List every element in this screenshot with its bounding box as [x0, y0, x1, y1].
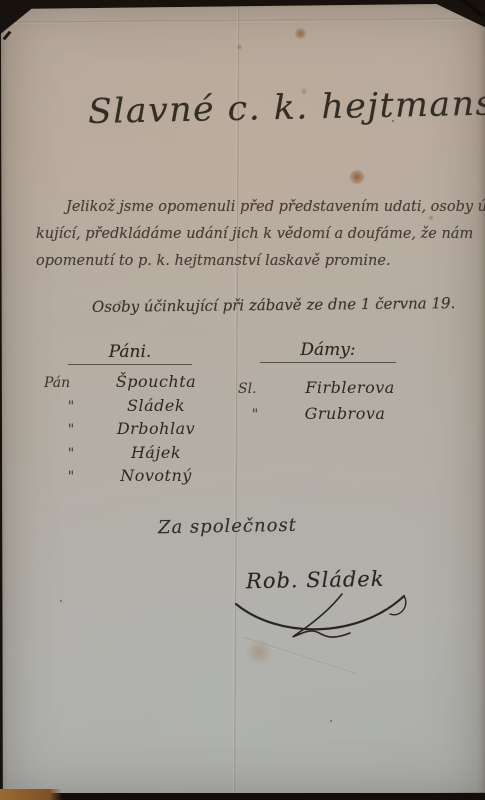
closing-phrase: Za společnost [158, 515, 297, 538]
person-name: Firblerova [282, 378, 418, 397]
foxing-stain [349, 170, 365, 184]
person-name: Novotný [88, 466, 224, 485]
person-name: Drbohlav [88, 419, 224, 438]
ditto-mark: " [44, 446, 88, 462]
ink-speck [330, 720, 332, 722]
women-column-header: Dámy: [260, 340, 396, 363]
ditto-mark: " [44, 422, 88, 438]
horizontal-crease [4, 18, 482, 23]
name-prefix: Pán [44, 375, 88, 391]
roster-row: " Hájek [44, 443, 224, 467]
letter-heading: Slavné c. k. hejtmanství! [88, 84, 485, 132]
signature-flourish [222, 592, 417, 650]
ditto-mark: " [44, 399, 88, 415]
ditto-mark: " [44, 469, 88, 485]
foxing-stain [236, 44, 243, 50]
foxing-stain [294, 28, 307, 39]
roster-row: Pán Špouchta [44, 372, 224, 396]
roster-row: " Grubrova [238, 404, 418, 430]
signature-name: Rob. Sládek [246, 567, 385, 593]
photograph-of-letter: Slavné c. k. hejtmanství! Jelikož jsme o… [0, 0, 485, 800]
body-paragraph: Jelikož jsme opomenuli před představením… [36, 194, 460, 275]
roster-row: " Sládek [44, 396, 224, 420]
women-roster: Sl. Firblerova " Grubrova [238, 378, 418, 430]
ditto-mark: " [238, 407, 272, 423]
name-prefix: Sl. [238, 381, 282, 397]
person-name: Špouchta [88, 372, 224, 391]
roster-row: " Novotný [44, 466, 224, 490]
subject-line: Osoby účinkující při zábavě ze dne 1 čer… [92, 294, 455, 316]
person-name: Sládek [88, 396, 224, 415]
letter-paper: Slavné c. k. hejtmanství! Jelikož jsme o… [0, 0, 485, 800]
men-column-header: Páni. [68, 342, 192, 365]
table-edge [0, 793, 485, 800]
paragraph-line: kující, předkládáme udání jich k vědomí … [36, 221, 460, 248]
person-name: Hájek [88, 443, 224, 462]
roster-row: " Drbohlav [44, 419, 224, 443]
men-roster: Pán Špouchta " Sládek " Drbohlav " Hájek… [44, 372, 224, 490]
paragraph-line: opomenutí to p. k. hejtmanství laskavě p… [36, 248, 460, 275]
paragraph-line: Jelikož jsme opomenuli před představením… [36, 194, 460, 221]
roster-row: Sl. Firblerova [238, 378, 418, 404]
wood-surface [0, 789, 62, 800]
ink-speck [60, 600, 62, 602]
person-name: Grubrova [272, 404, 418, 423]
